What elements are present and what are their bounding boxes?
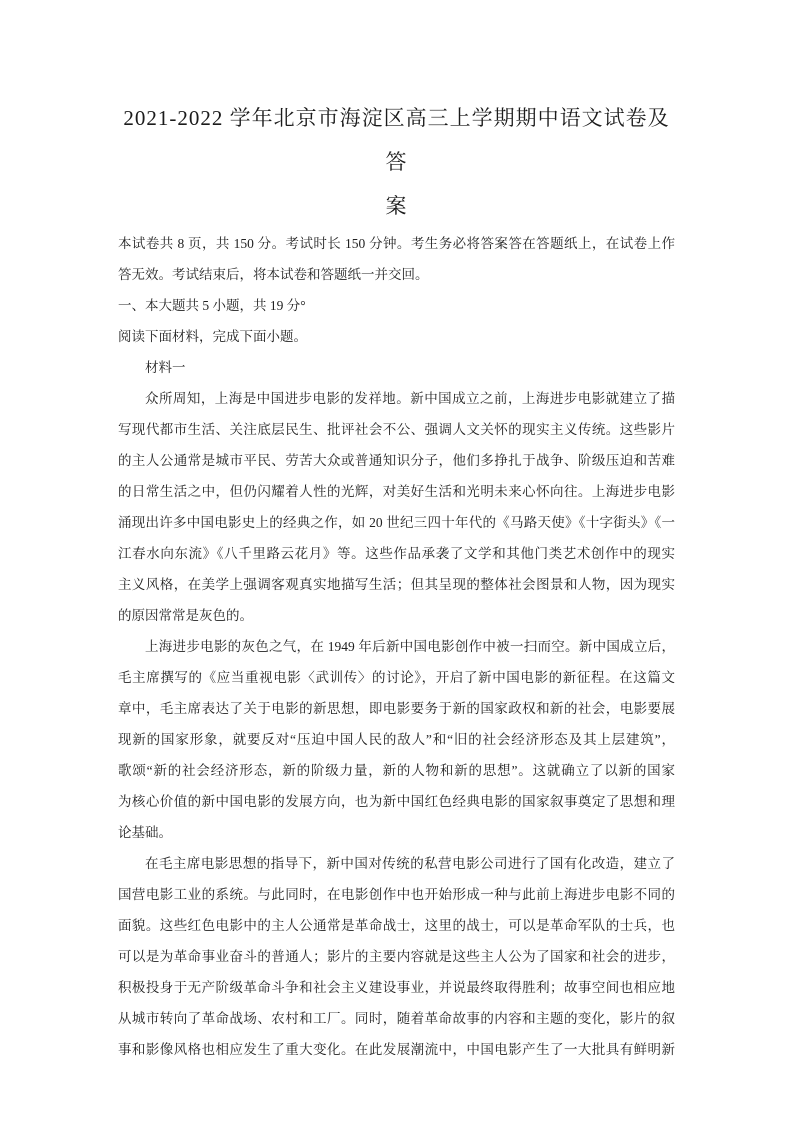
text-line: 现新的国家形象，就要反对“压迫中国人民的敌人”和“旧的社会经济形态及其上层建筑”… <box>118 724 675 755</box>
text-line: 为核心价值的新中国电影的发展方向，也为新中国红色经典电影的国家叙事奠定了思想和理 <box>118 786 675 817</box>
document-page: 2021-2022 学年北京市海淀区高三上学期期中语文试卷及答 案 本试卷共 8… <box>0 0 793 1122</box>
text-line: 上海进步电影的灰色之气，在 1949 年后新中国电影创作中被一扫而空。新中国成立… <box>118 631 675 662</box>
text-line: 的日常生活之中，但仍闪耀着人性的光辉，对美好生活和光明未来心怀向往。上海进步电影 <box>118 476 675 507</box>
title-line-2: 案 <box>118 184 675 228</box>
text-line: 论基础。 <box>118 817 675 848</box>
text-line: 在毛主席电影思想的指导下，新中国对传统的私营电影公司进行了国有化改造，建立了 <box>118 848 675 879</box>
text-line: 本试卷共 8 页，共 150 分。考试时长 150 分钟。考生务必将答案答在答题… <box>118 228 675 259</box>
text-line: 材料一 <box>118 352 675 383</box>
text-line: 江春水向东流》《八千里路云花月》等。这些作品承袭了文学和其他门类艺术创作中的现实 <box>118 538 675 569</box>
document-title: 2021-2022 学年北京市海淀区高三上学期期中语文试卷及答 案 <box>118 96 675 228</box>
text-line: 歌颂“新的社会经济形态，新的阶级力量，新的人物和新的思想”。这就确立了以新的国家 <box>118 755 675 786</box>
text-line: 积极投身于无产阶级革命斗争和社会主义建设事业，并说最终取得胜利；故事空间也相应地 <box>118 972 675 1003</box>
text-line: 从城市转向了革命战场、农村和工厂。同时，随着革命故事的内容和主题的变化，影片的叙 <box>118 1003 675 1034</box>
text-line: 一、本大题共 5 小题，共 19 分° <box>118 290 675 321</box>
text-line: 答无效。考试结束后，将本试卷和答题纸一并交回。 <box>118 259 675 290</box>
text-line: 写现代都市生活、关注底层民生、批评社会不公、强调人文关怀的现实主义传统。这些影片 <box>118 414 675 445</box>
text-line: 事和影像风格也相应发生了重大变化。在此发展潮流中，中国电影产生了一大批具有鲜明新 <box>118 1034 675 1065</box>
text-line: 众所周知，上海是中国进步电影的发祥地。新中国成立之前，上海进步电影就建立了描 <box>118 383 675 414</box>
text-line: 主义风格，在美学上强调客观真实地描写生活；但其呈现的整体社会图景和人物，因为现实 <box>118 569 675 600</box>
document-body: 本试卷共 8 页，共 150 分。考试时长 150 分钟。考生务必将答案答在答题… <box>118 228 675 1065</box>
text-line: 章中，毛主席表达了关于电影的新思想，即电影要务于新的国家政权和新的社会，电影要展 <box>118 693 675 724</box>
text-line: 涌现出许多中国电影史上的经典之作，如 20 世纪三四十年代的《马路天使》《十字街… <box>118 507 675 538</box>
text-line: 阅读下面材料，完成下面小题。 <box>118 321 675 352</box>
text-line: 的原因常常是灰色的。 <box>118 600 675 631</box>
title-line-1: 2021-2022 学年北京市海淀区高三上学期期中语文试卷及答 <box>118 96 675 184</box>
text-line: 可以是为革命事业奋斗的普通人；影片的主要内容就是这些主人公为了国家和社会的进步， <box>118 941 675 972</box>
text-line: 毛主席撰写的《应当重视电影〈武训传〉的讨论》，开启了新中国电影的新征程。在这篇文 <box>118 662 675 693</box>
text-line: 的主人公通常是城市平民、劳苦大众或普通知识分子，他们多挣扎于战争、阶级压迫和苦难 <box>118 445 675 476</box>
text-line: 面貌。这些红色电影中的主人公通常是革命战士，这里的战士，可以是革命军队的士兵，也 <box>118 910 675 941</box>
text-line: 国营电影工业的系统。与此同时，在电影创作中也开始形成一种与此前上海进步电影不同的 <box>118 879 675 910</box>
